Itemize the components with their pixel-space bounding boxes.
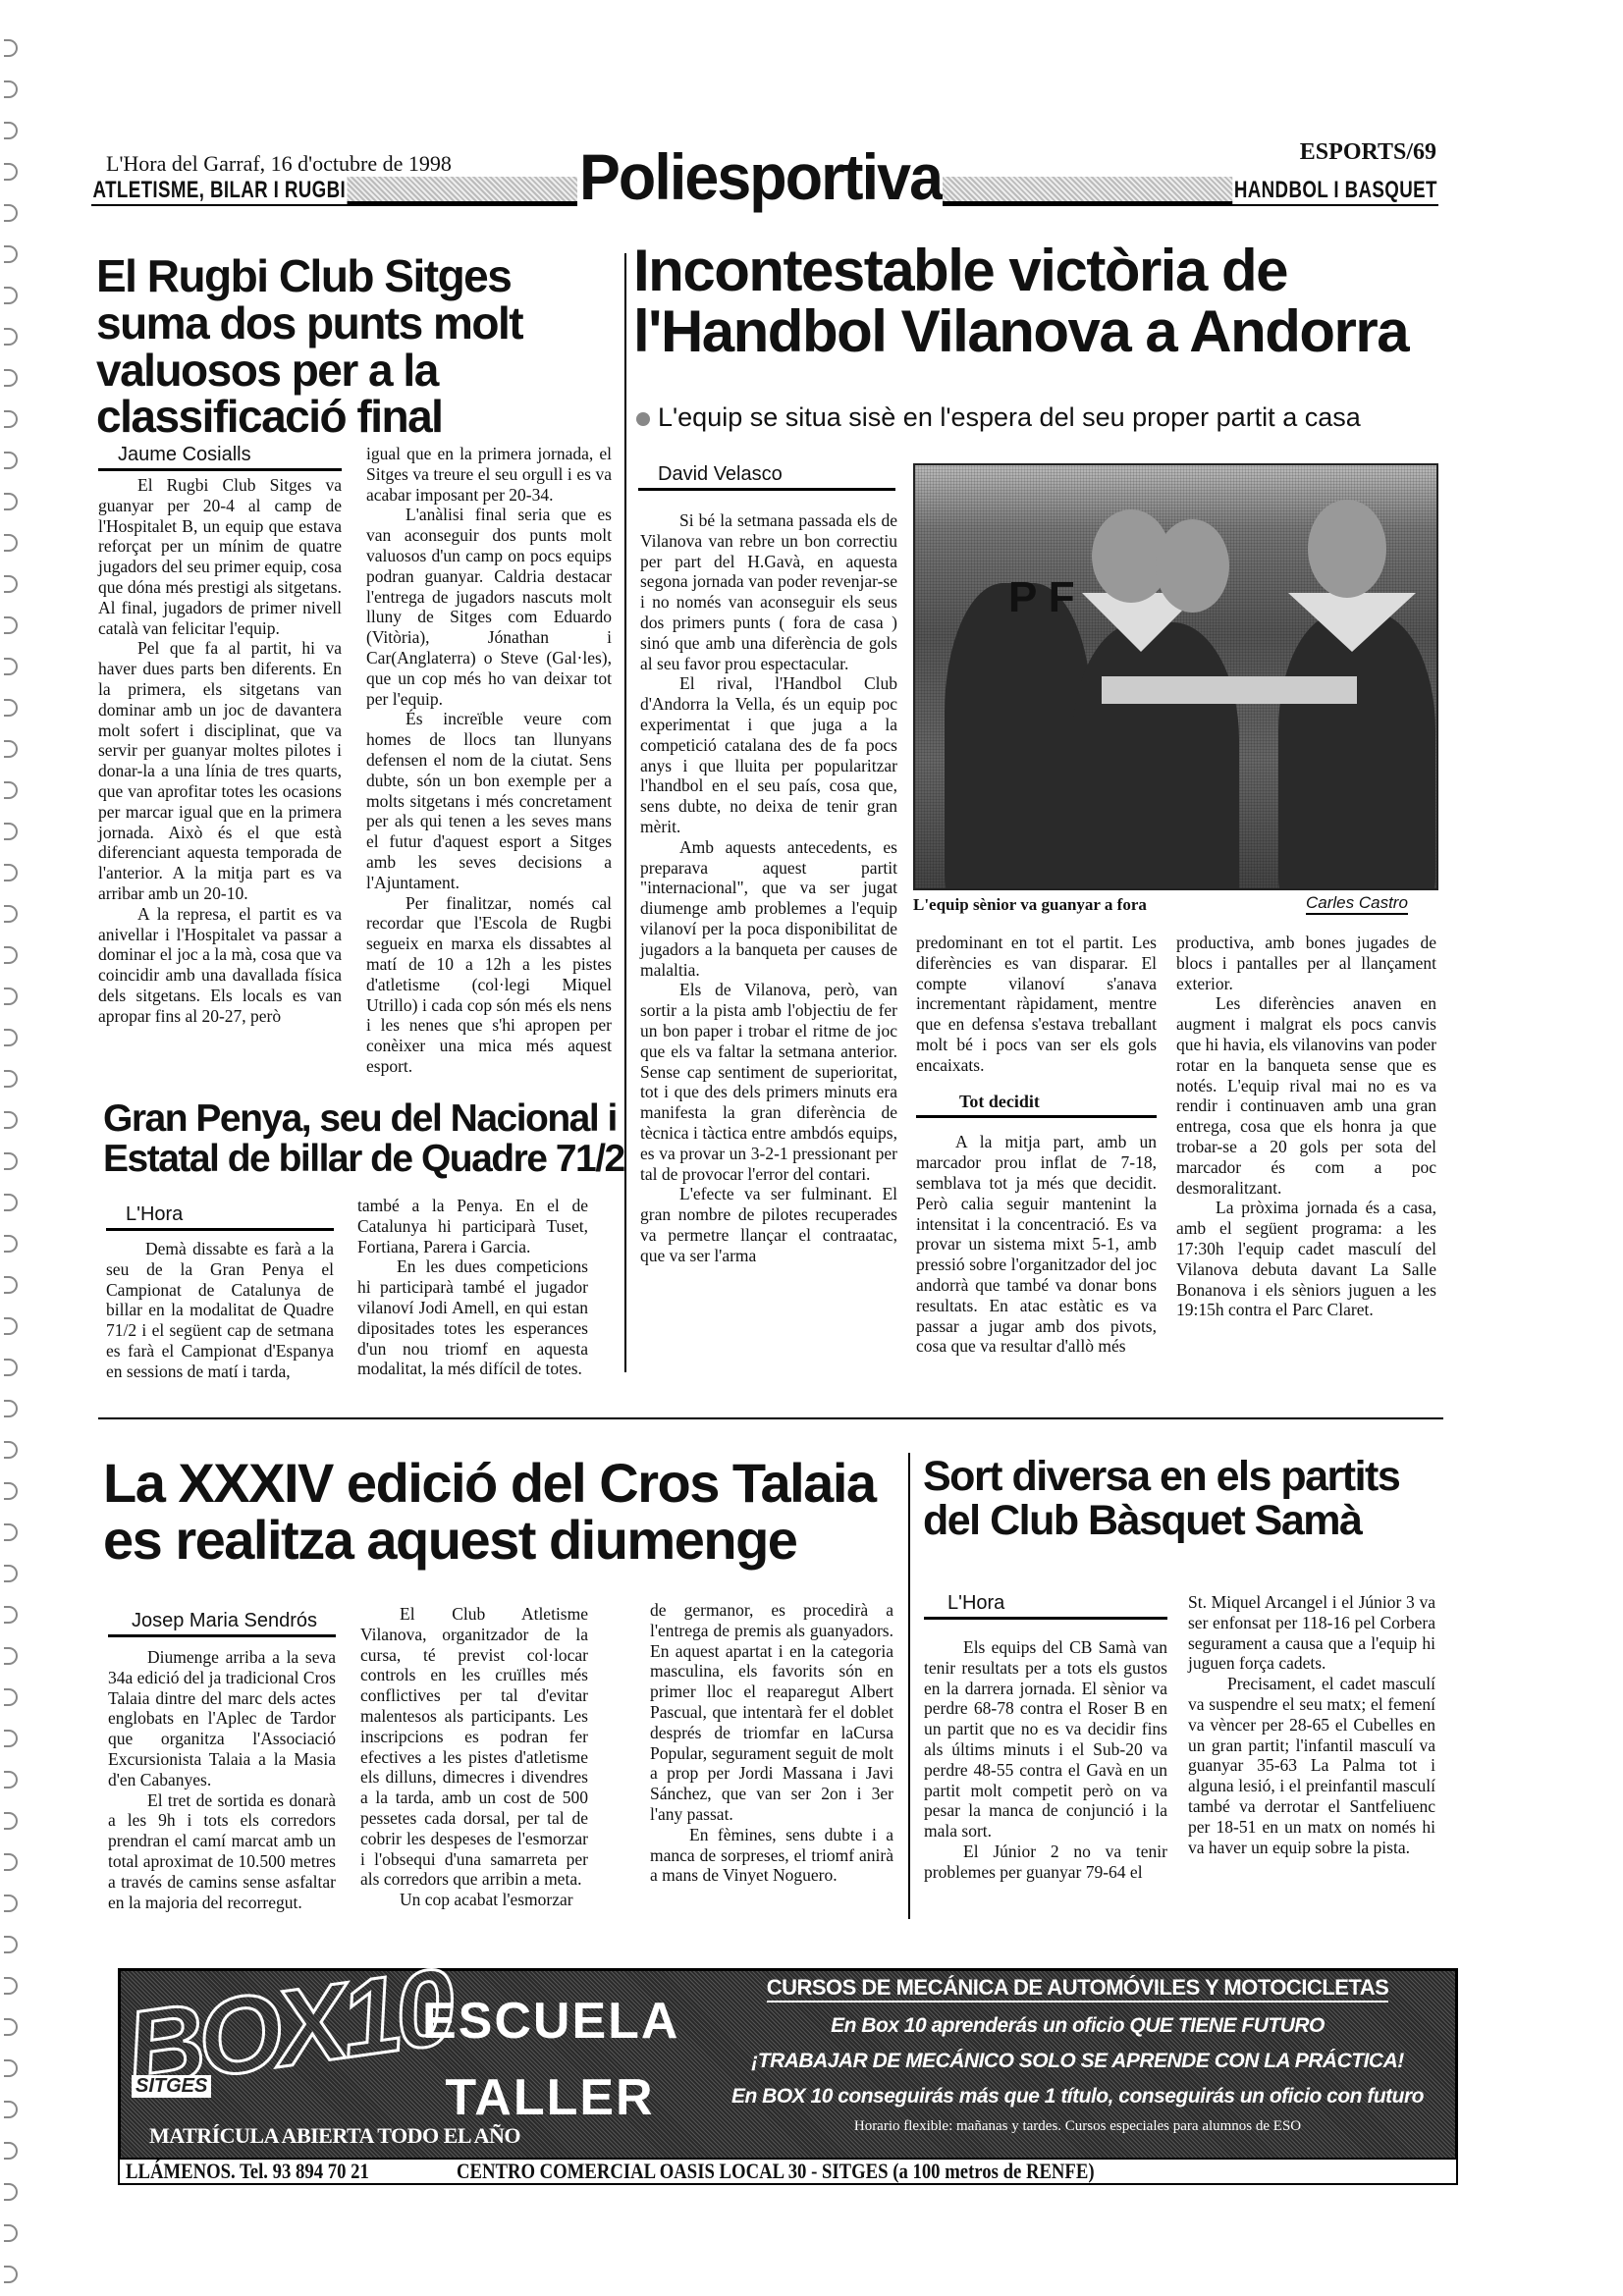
binder-hole-icon: [4, 80, 18, 98]
binder-hole-icon: [4, 204, 18, 222]
binder-hole-icon: [4, 163, 18, 181]
paragraph: Un cop acabat l'esmorzar: [360, 1890, 588, 1910]
binder-hole-icon: [4, 1853, 18, 1871]
ad-matricula: MATRÍCULA ABIERTA TODO EL AÑO: [149, 2123, 520, 2149]
headline-handbol: Incontestable victòria de l'Handbol Vila…: [633, 240, 1458, 363]
binder-hole-icon: [4, 1317, 18, 1335]
paragraph: El Club Atletisme Vilanova, organitzador…: [360, 1604, 588, 1890]
player-head: [1156, 519, 1229, 613]
binder-hole-icon: [4, 1730, 18, 1747]
binder-hole-icon: [4, 2101, 18, 2118]
masthead: Poliesportiva: [579, 139, 942, 214]
binder-hole-icon: [4, 1812, 18, 1830]
binder-hole-icon: [4, 493, 18, 510]
ad-escuela-taller: ESCUELA TALLER: [422, 1983, 677, 2136]
paragraph: Pel que fa al partit, hi va haver dues p…: [98, 638, 342, 903]
team-photo: P F: [913, 463, 1438, 890]
article-handbol-col3: productiva, amb bones jugades de blocs i…: [1176, 933, 1436, 1320]
subsection-heading: Tot decidit: [916, 1092, 1157, 1119]
article-billar-col1: Demà dissabte es farà a la seu de la Gra…: [106, 1239, 334, 1382]
binder-hole-icon: [4, 658, 18, 675]
article-basquet-col1: Els equips del CB Samà van tenir resulta…: [924, 1637, 1167, 1883]
paragraph: El tret de sortida es donarà a les 9h i …: [108, 1790, 336, 1913]
page-label: ESPORTS/69: [1300, 139, 1436, 166]
binder-hole-icon: [4, 122, 18, 139]
paragraph: A la mitja part, amb un marcador prou in…: [916, 1132, 1157, 1357]
player-figure: [1072, 622, 1239, 890]
binder-hole-icon: [4, 328, 18, 346]
paragraph: La pròxima jornada és a casa, amb el seg…: [1176, 1198, 1436, 1320]
column-divider: [908, 1453, 910, 1919]
binder-hole-icon: [4, 410, 18, 428]
binder-hole-icon: [4, 2142, 18, 2160]
ad-title: CURSOS DE MECÁNICA DE AUTOMÓVILES Y MOTO…: [767, 1975, 1389, 2002]
arm: [1102, 676, 1357, 704]
article-rugby-col2: igual que en la primera jornada, el Sitg…: [366, 444, 612, 1077]
binder-hole-icon: [4, 1194, 18, 1211]
binder-hole-icon: [4, 245, 18, 263]
article-handbol-col1: Si bé la setmana passada els de Vilanova…: [640, 510, 897, 1265]
binder-hole-icon: [4, 1276, 18, 1294]
paragraph: Si bé la setmana passada els de Vilanova…: [640, 510, 897, 673]
article-rugby-col1: El Rugbi Club Sitges va guanyar per 20-4…: [98, 475, 342, 1027]
byline-basquet: L'Hora: [924, 1592, 1167, 1620]
paragraph: Amb aquests antecedents, es preparava aq…: [640, 837, 897, 981]
binder-hole-icon: [4, 2018, 18, 2036]
binder-hole-icon: [4, 1565, 18, 1582]
banner-letters: P F: [1008, 573, 1075, 622]
binder-hole-icon: [4, 740, 18, 758]
paragraph: L'efecte va ser fulminant. El gran nombr…: [640, 1184, 897, 1265]
paragraph: Els de Vilanova, però, van sortir a la p…: [640, 980, 897, 1184]
paragraph: El Júnior 2 no va tenir problemes per gu…: [924, 1842, 1167, 1883]
binder-hole-icon: [4, 1977, 18, 1995]
article-handbol-col2: predominant en tot el partit. Les diferè…: [916, 933, 1157, 1357]
headline-rugby: El Rugbi Club Sitges suma dos punts molt…: [96, 253, 607, 441]
binder-hole-icon: [4, 1688, 18, 1706]
logo-sub: SITGES: [132, 2075, 211, 2098]
binder-hole-icon: [4, 1111, 18, 1129]
paragraph: Diumenge arriba a la seva 34a edició del…: [108, 1647, 336, 1790]
paragraph: Per finalitzar, només cal recordar que l…: [366, 893, 612, 1077]
player-figure: [945, 583, 1092, 890]
ad-footer: LLÁMENOS. Tel. 93 894 70 21 CENTRO COMER…: [118, 2158, 1458, 2185]
binder-hole-icon: [4, 616, 18, 634]
byline-billar: L'Hora: [106, 1203, 334, 1231]
ad-line: ¡TRABAJAR DE MECÁNICO SOLO SE APRENDE CO…: [702, 2050, 1453, 2073]
binder-hole-icon: [4, 1647, 18, 1665]
paragraph: igual que en la primera jornada, el Sitg…: [366, 444, 612, 505]
binder-hole-icon: [4, 1482, 18, 1500]
article-basquet-col2: St. Miquel Arcangel i el Júnior 3 va ser…: [1188, 1592, 1435, 1857]
subhead-handbol: L'equip se situa sisè en l'espera del se…: [636, 402, 1451, 433]
ad-escuela: ESCUELA: [422, 1983, 677, 2059]
column-divider: [624, 253, 626, 1372]
binder-hole-icon: [4, 534, 18, 552]
paragraph: Demà dissabte es farà a la seu de la Gra…: [106, 1239, 334, 1382]
box10-logo: BOX10 SITGES: [126, 1975, 410, 2127]
binder-hole-icon: [4, 988, 18, 1005]
ad-schedule: Horario flexible: mañanas y tardes. Curs…: [702, 2118, 1453, 2135]
photo-credit: Carles Castro: [1306, 893, 1408, 915]
section-bar-right: HANDBOL I BASQUET: [943, 177, 1438, 206]
binder-hole-icon: [4, 864, 18, 881]
headline-cros: La XXXIV edició del Cros Talaia es reali…: [103, 1455, 889, 1569]
photo-caption: L'equip sènior va guanyar a fora: [913, 895, 1147, 915]
paragraph: L'anàlisi final seria que es van aconseg…: [366, 505, 612, 709]
paragraph: de germanor, es procedirà a l'entrega de…: [650, 1600, 893, 1825]
binder-hole-icon: [4, 287, 18, 304]
paragraph: En fèmines, sens dubte i a manca de sorp…: [650, 1825, 893, 1886]
binder-hole-icon: [4, 2059, 18, 2077]
binder-hole-icon: [4, 1936, 18, 1953]
byline-rugby: Jaume Cosialls: [98, 444, 342, 471]
player-head: [1308, 500, 1386, 598]
binder-hole-icon: [4, 1152, 18, 1170]
paragraph: Les diferències anaven en augment i malg…: [1176, 993, 1436, 1198]
subhead-text: L'equip se situa sisè en l'espera del se…: [658, 402, 1361, 432]
article-cros-col2: El Club Atletisme Vilanova, organitzador…: [360, 1604, 588, 1910]
binder-hole-icon: [4, 905, 18, 923]
byline-handbol: David Velasco: [638, 463, 895, 491]
binder-hole-icon: [4, 699, 18, 717]
ad-address: CENTRO COMERCIAL OASIS LOCAL 30 - SITGES…: [457, 2160, 1095, 2183]
article-billar-col2: també a la Penya. En el de Catalunya hi …: [357, 1196, 588, 1379]
ad-courses: CURSOS DE MECÁNICA DE AUTOMÓVILES Y MOTO…: [702, 1975, 1453, 2135]
binder-hole-icon: [4, 781, 18, 799]
binder-hole-icon: [4, 39, 18, 57]
binder-hole-icon: [4, 1235, 18, 1253]
bullet-icon: [636, 412, 650, 426]
section-divider: [98, 1417, 1443, 1419]
binder-hole-icon: [4, 823, 18, 840]
paragraph: Precisament, el cadet masculí va suspend…: [1188, 1674, 1435, 1857]
paragraph: també a la Penya. En el de Catalunya hi …: [357, 1196, 588, 1256]
paragraph: El Rugbi Club Sitges va guanyar per 20-4…: [98, 475, 342, 638]
binder-hole-icon: [4, 1359, 18, 1376]
article-cros-col3: de germanor, es procedirà a l'entrega de…: [650, 1600, 893, 1886]
section-bar-left: ATLETISME, BILAR I RUGBI: [91, 177, 577, 206]
binder-hole-icon: [4, 2224, 18, 2242]
publication-date-line: L'Hora del Garraf, 16 d'octubre de 1998: [106, 151, 452, 177]
byline-cros: Josep Maria Sendrós: [108, 1610, 336, 1637]
headline-basquet: Sort diversa en els partits del Club Bàs…: [923, 1455, 1453, 1542]
player-figure: [1278, 613, 1435, 890]
binder-hole-icon: [4, 1400, 18, 1417]
ad-line: En BOX 10 conseguirás más que 1 título, …: [702, 2085, 1453, 2109]
section-label-left: ATLETISME, BILAR I RUGBI: [91, 177, 348, 204]
paragraph: És increïble veure com homes de llocs ta…: [366, 709, 612, 892]
binder-hole-icon: [4, 2183, 18, 2201]
binder-hole-icon: [4, 452, 18, 469]
ad-line: En Box 10 aprenderás un oficio QUE TIENE…: [702, 2014, 1453, 2038]
binder-hole-icon: [4, 369, 18, 387]
binder-hole-icon: [4, 1070, 18, 1088]
headline-billar: Gran Penya, seu del Nacional i Estatal d…: [103, 1099, 633, 1179]
paragraph: El rival, l'Handbol Club d'Andorra la Ve…: [640, 673, 897, 836]
binder-hole-icon: [4, 1441, 18, 1459]
binder-hole-icon: [4, 575, 18, 593]
paragraph: A la represa, el partit es va anivellar …: [98, 904, 342, 1027]
binder-hole-icon: [4, 946, 18, 964]
section-label-right: HANDBOL I BASQUET: [1232, 177, 1438, 204]
binder-hole-icon: [4, 1895, 18, 1912]
article-cros-col1: Diumenge arriba a la seva 34a edició del…: [108, 1647, 336, 1912]
paragraph: St. Miquel Arcangel i el Júnior 3 va ser…: [1188, 1592, 1435, 1674]
binder-hole-icon: [4, 1606, 18, 1624]
paragraph: Els equips del CB Samà van tenir resulta…: [924, 1637, 1167, 1842]
binder-hole-icon: [4, 2266, 18, 2283]
paragraph: En les dues competicions hi participarà …: [357, 1256, 588, 1379]
paragraph: productiva, amb bones jugades de blocs i…: [1176, 933, 1436, 993]
paragraph: predominant en tot el partit. Les diferè…: [916, 933, 1157, 1076]
binder-hole-icon: [4, 1523, 18, 1541]
binder-hole-icon: [4, 1771, 18, 1789]
binder-hole-icon: [4, 1029, 18, 1046]
binder-holes: [0, 0, 29, 2296]
ad-phone: LLÁMENOS. Tel. 93 894 70 21: [126, 2160, 369, 2183]
